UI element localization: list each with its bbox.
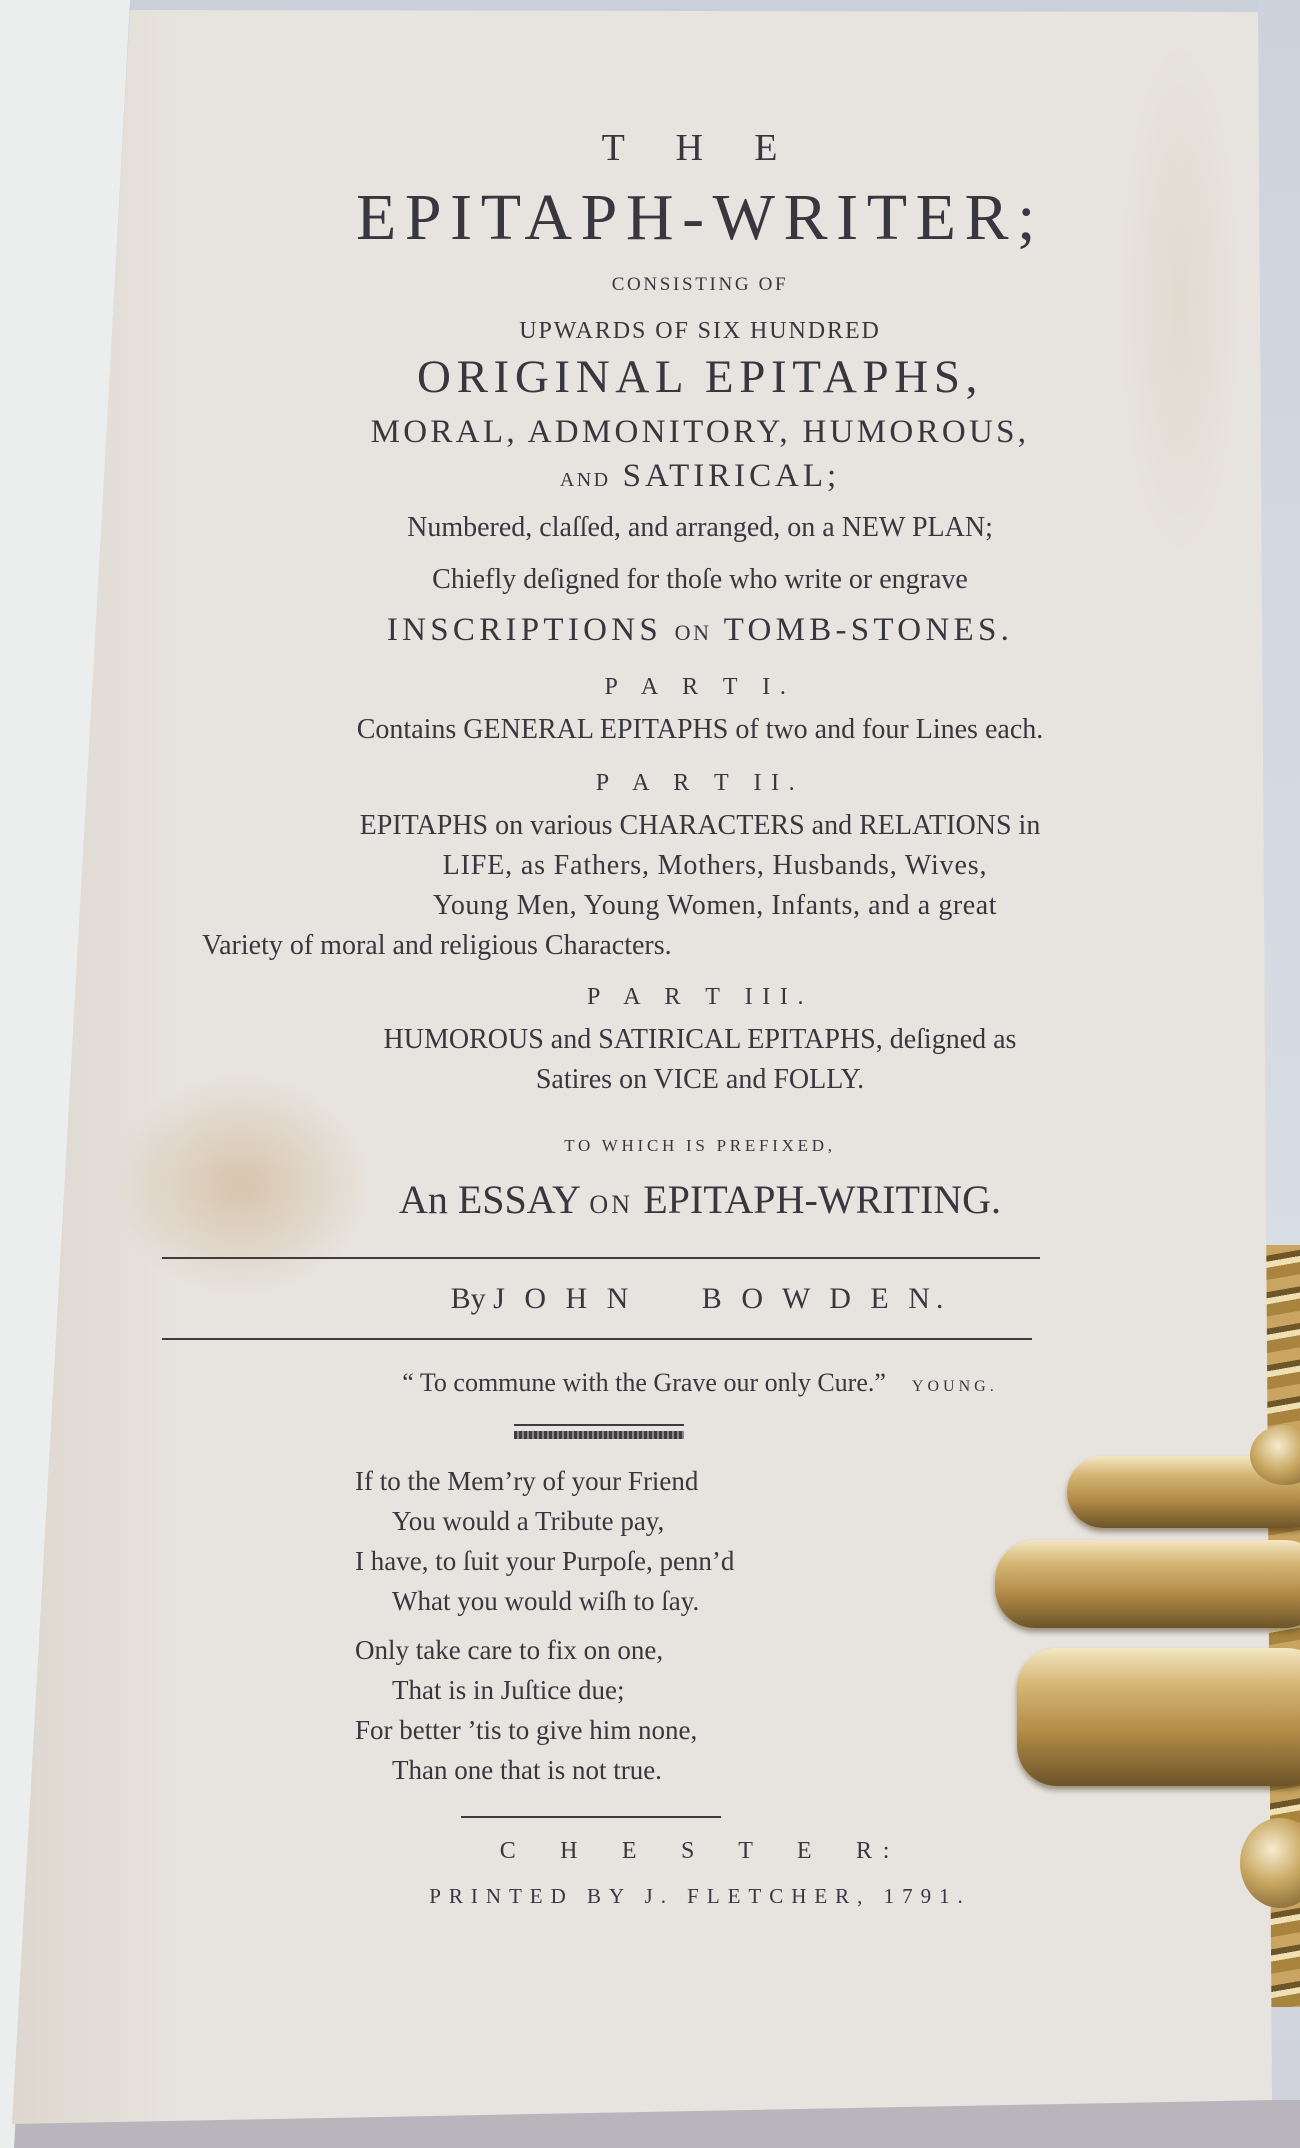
poem-line: What you would wiſh to ſay. bbox=[392, 1586, 699, 1617]
part-2-line: Young Men, Young Women, Infants, and a g… bbox=[140, 890, 1260, 922]
part-2-line: EPITAPHS on various CHARACTERS and RELAT… bbox=[140, 810, 1260, 842]
epigraph-line: “ To commune with the Grave our only Cur… bbox=[140, 1368, 1260, 1398]
title-page: T H E EPITAPH-WRITER; CONSISTING OF UPWA… bbox=[0, 0, 1300, 2148]
imprint-line: PRINTED BY J. FLETCHER, 1791. bbox=[140, 1884, 1260, 1909]
subtitle-consisting: CONSISTING OF bbox=[140, 274, 1260, 296]
poem-line: That is in Juſtice due; bbox=[392, 1675, 624, 1706]
divider-rule bbox=[162, 1257, 1040, 1259]
part-3-line: HUMOROUS and SATIRICAL EPITAPHS, deſigne… bbox=[140, 1024, 1260, 1056]
poem-line: Only take care to fix on one, bbox=[355, 1635, 663, 1666]
part-2-line: LIFE, as Fathers, Mothers, Husbands, Wiv… bbox=[140, 850, 1260, 882]
poem-line: You would a Tribute pay, bbox=[392, 1506, 664, 1537]
numbered-line: Numbered, claſſed, and arranged, on a NE… bbox=[140, 512, 1260, 544]
subtitle-kinds: MORAL, ADMONITORY, HUMOROUS, bbox=[140, 414, 1260, 451]
epigraph-quote: “ To commune with the Grave our only Cur… bbox=[402, 1368, 886, 1397]
on-word: ON bbox=[675, 620, 712, 645]
part-2-heading: P A R T II. bbox=[140, 770, 1260, 797]
essay-on: ON bbox=[589, 1190, 633, 1219]
poem-line: If to the Mem’ry of your Friend bbox=[355, 1466, 698, 1497]
part-3-heading: P A R T III. bbox=[140, 984, 1260, 1011]
tombstones-word: TOMB-STONES. bbox=[724, 612, 1014, 648]
poem-line: For better ’tis to give him none, bbox=[355, 1715, 697, 1746]
essay-line: An ESSAY ON EPITAPH-WRITING. bbox=[140, 1176, 1260, 1223]
essay-an: An bbox=[399, 1177, 448, 1222]
and-small: AND bbox=[560, 469, 611, 491]
part-1-heading: P A R T I. bbox=[140, 674, 1260, 701]
subtitle-upwards: UPWARDS OF SIX HUNDRED bbox=[140, 318, 1260, 345]
brass-hand-finger bbox=[1017, 1648, 1300, 1786]
part-1-line: Contains GENERAL EPITAPHS of two and fou… bbox=[140, 714, 1260, 746]
prefixed-line: TO WHICH IS PREFIXED, bbox=[140, 1136, 1260, 1156]
epigraph-attribution: YOUNG. bbox=[912, 1378, 998, 1395]
author-line: By J O H N B O W D E N. bbox=[140, 1282, 1260, 1316]
subtitle-original: ORIGINAL EPITAPHS, bbox=[140, 350, 1260, 404]
part-2-line: Variety of moral and religious Character… bbox=[202, 930, 1300, 962]
part-3-line: Satires on VICE and FOLLY. bbox=[140, 1064, 1260, 1096]
author-by: By bbox=[451, 1282, 486, 1315]
title-main: EPITAPH-WRITER; bbox=[140, 180, 1260, 256]
subtitle-satirical: AND SATIRICAL; bbox=[140, 458, 1260, 495]
author-name: J O H N B O W D E N. bbox=[493, 1282, 949, 1315]
title-the: T H E bbox=[140, 126, 1260, 170]
chiefly-line: Chiefly deſigned for thoſe who write or … bbox=[140, 564, 1260, 596]
satirical: SATIRICAL; bbox=[623, 458, 840, 494]
inscriptions-word: INSCRIPTIONS bbox=[387, 612, 662, 648]
divider-rule bbox=[162, 1338, 1032, 1340]
brass-hand-finger bbox=[995, 1540, 1300, 1628]
divider-rule bbox=[461, 1816, 721, 1818]
place-line: C H E S T E R: bbox=[140, 1838, 1260, 1865]
poem-line: I have, to ſuit your Purpoſe, penn’d bbox=[355, 1546, 734, 1577]
ornament-rule bbox=[514, 1424, 684, 1426]
inscriptions-line: INSCRIPTIONS ON TOMB-STONES. bbox=[140, 612, 1260, 649]
poem-line: Than one that is not true. bbox=[392, 1755, 662, 1786]
epitaph-writing-word: EPITAPH-WRITING. bbox=[643, 1177, 1001, 1222]
ornament-band bbox=[514, 1431, 684, 1439]
essay-word: ESSAY bbox=[458, 1177, 580, 1222]
